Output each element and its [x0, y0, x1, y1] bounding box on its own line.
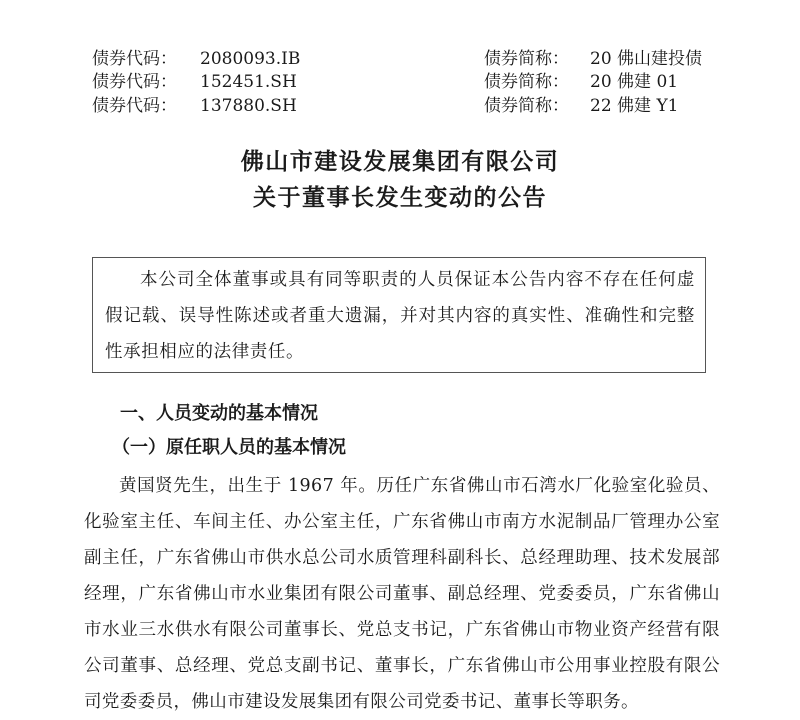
section-heading: 一、人员变动的基本情况 [120, 400, 318, 428]
document-page: 债券代码： 2080093.IB 债券简称： 20 佛山建投债 债券代码： 15… [0, 0, 800, 720]
disclaimer-box: 本公司全体董事或具有同等职责的人员保证本公告内容不存在任何虚假记载、误导性陈述或… [92, 257, 706, 373]
bond-code-label: 债券代码： [92, 47, 177, 71]
bond-name-value: 22 佛建 Y1 [590, 94, 678, 118]
body-paragraph: 黄国贤先生，出生于 1967 年。历任广东省佛山市石湾水厂化验室化验员、化验室主… [84, 468, 720, 720]
bond-code-label: 债券代码： [92, 70, 177, 94]
bond-name-value: 20 佛山建投债 [590, 47, 702, 71]
bond-name-label: 债券简称： [484, 94, 569, 118]
subsection-heading: （一）原任职人员的基本情况 [112, 434, 346, 462]
bond-name-label: 债券简称： [484, 70, 569, 94]
bond-code-value: 152451.SH [200, 70, 297, 94]
bond-name-label: 债券简称： [484, 47, 569, 71]
document-title-line2: 关于董事长发生变动的公告 [0, 181, 800, 215]
disclaimer-text: 本公司全体董事或具有同等职责的人员保证本公告内容不存在任何虚假记载、误导性陈述或… [105, 262, 695, 370]
document-title-line1: 佛山市建设发展集团有限公司 [0, 145, 800, 179]
bond-code-value: 2080093.IB [200, 47, 300, 71]
bond-code-value: 137880.SH [200, 94, 297, 118]
bond-code-label: 债券代码： [92, 94, 177, 118]
bond-name-value: 20 佛建 01 [590, 70, 678, 94]
